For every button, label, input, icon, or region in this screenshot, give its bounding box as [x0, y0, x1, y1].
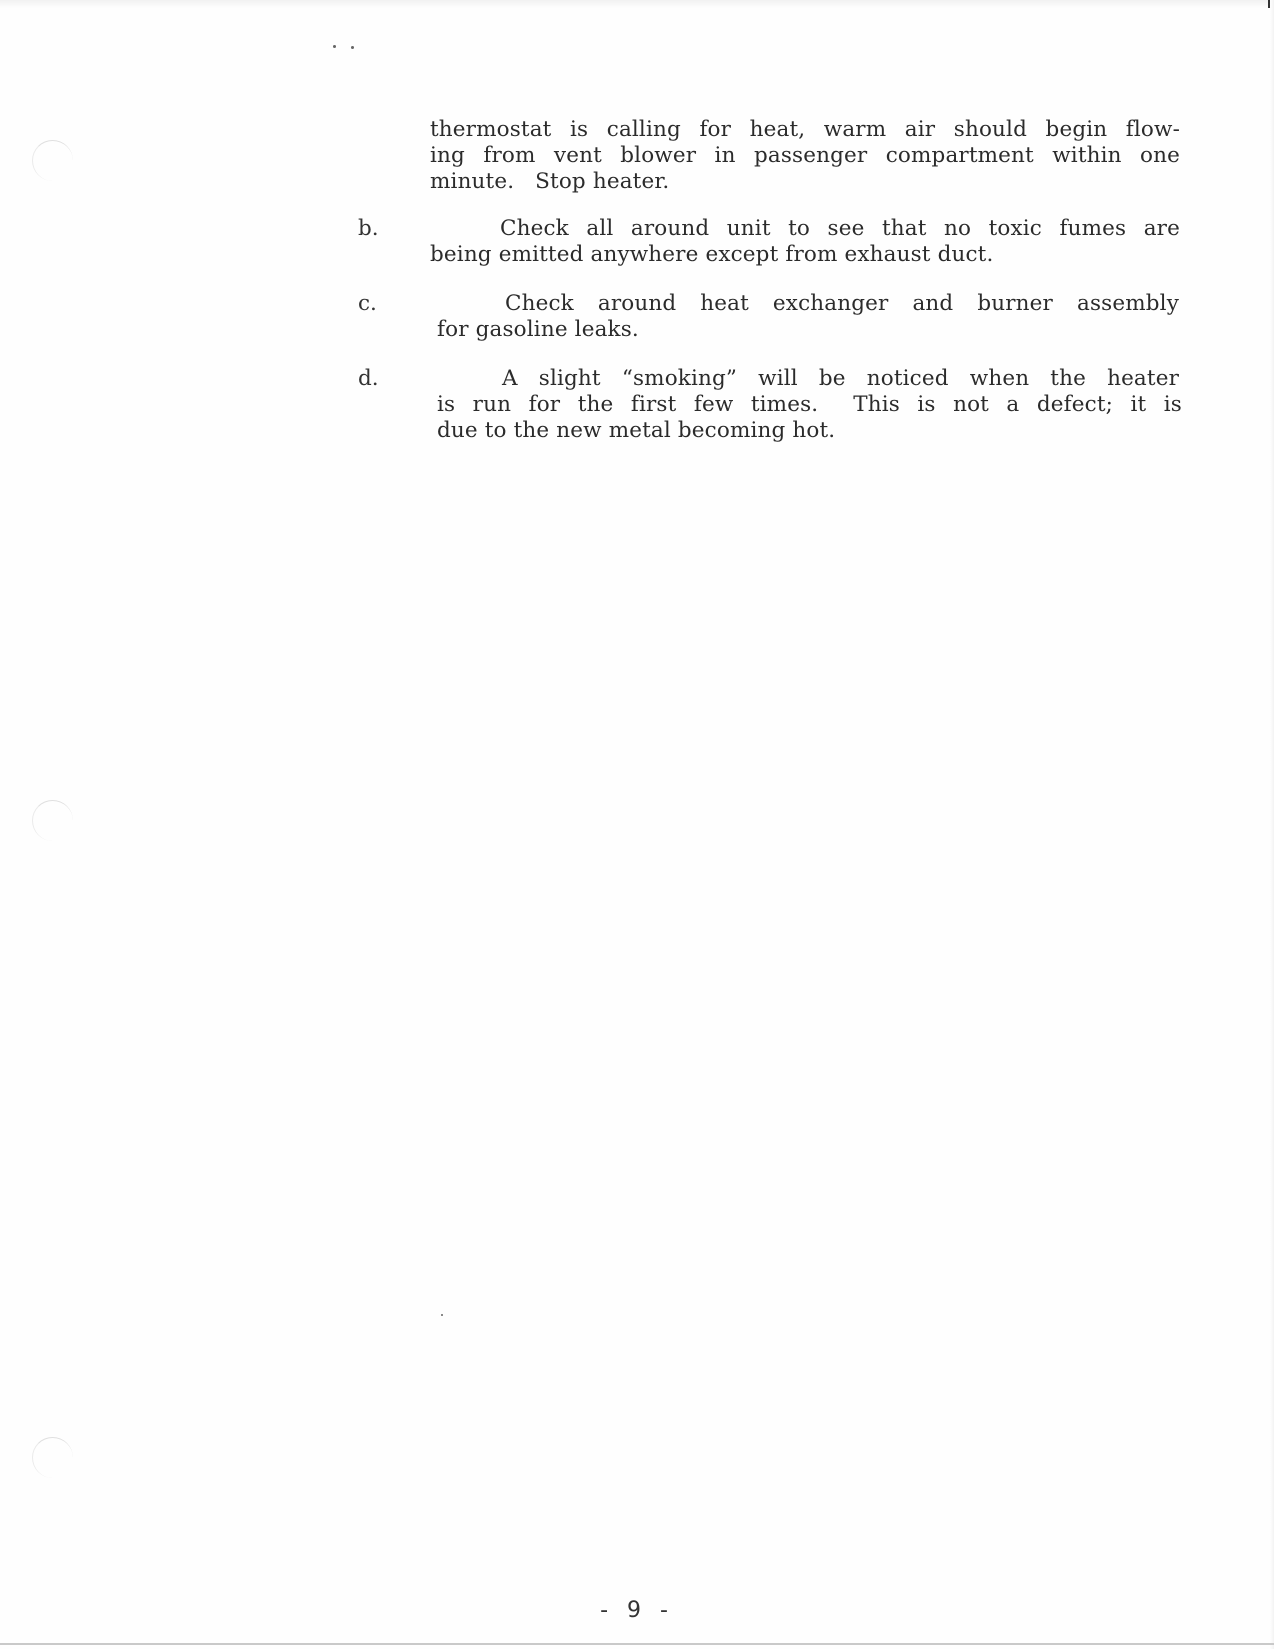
document-page: thermostat is calling for heat, warm air…: [0, 0, 1274, 1649]
punch-hole-mark: [32, 1437, 73, 1478]
item-line: due to the new metal becoming hot.: [437, 418, 835, 444]
item-label: c.: [358, 291, 377, 317]
punch-hole-mark: [32, 800, 73, 841]
paragraph-line: minute. Stop heater.: [430, 169, 669, 195]
item-line: Check all around unit to see that no tox…: [500, 216, 1180, 242]
item-label: b.: [358, 216, 379, 242]
page-number: - 9 -: [0, 1598, 1274, 1623]
item-line: is run for the first few times. This is …: [437, 392, 1182, 418]
item-label: d.: [358, 366, 379, 392]
item-line: for gasoline leaks.: [437, 317, 639, 343]
paragraph-line: ing from vent blower in passenger compar…: [430, 143, 1180, 169]
item-line: being emitted anywhere except from exhau…: [430, 242, 993, 268]
scan-speck: [351, 46, 354, 49]
paragraph-line: thermostat is calling for heat, warm air…: [430, 117, 1180, 143]
item-line: Check around heat exchanger and burner a…: [505, 291, 1179, 317]
scan-speck: [333, 45, 336, 48]
scan-top-edge: [0, 0, 1274, 8]
scan-speck: [441, 1314, 443, 1316]
punch-hole-mark: [32, 140, 73, 181]
scan-right-edge: [1270, 0, 1274, 1649]
scan-bottom-edge: [0, 1643, 1274, 1645]
item-line: A slight “smoking” will be noticed when …: [502, 366, 1179, 392]
